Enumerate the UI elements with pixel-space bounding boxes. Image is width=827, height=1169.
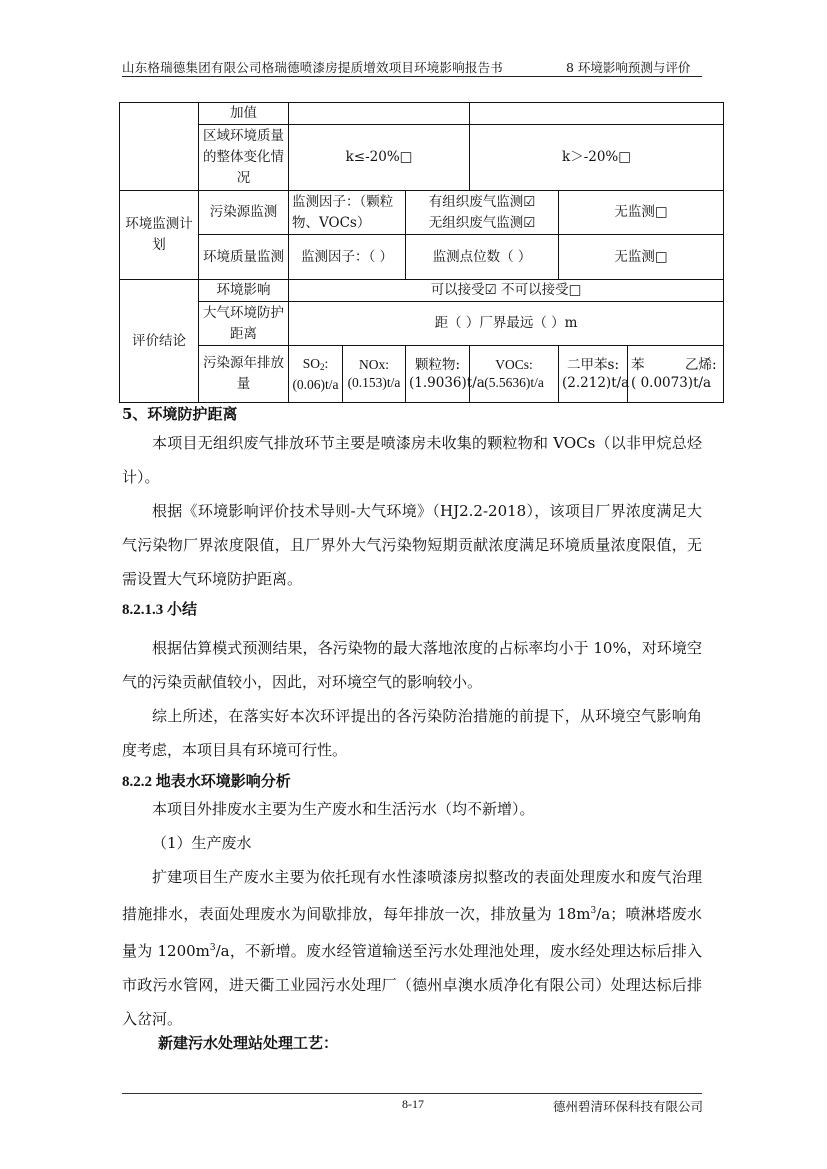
running-header-title: 山东格瑞德集团有限公司格瑞德喷漆房提质增效项目环境影响报告书: [122, 58, 503, 76]
option-k-gt-20: k＞-20%□: [470, 125, 724, 191]
paragraph: 综上所述，在落实好本次环评提出的各污染防治措施的前提下，从环境空气影响角度考虑，…: [122, 699, 702, 767]
paragraph: 扩建项目生产废水主要为依托现有水性漆喷漆房拟整改的表面处理废水和废气治理措施排水…: [122, 860, 702, 1036]
running-header-chapter: 8 环境影响预测与评价: [566, 58, 690, 76]
so2-label: SO: [303, 356, 320, 371]
option-k-le-20: k≤-20%□: [289, 125, 470, 191]
row-label-environmental-impact: 环境影响: [199, 280, 289, 302]
table-row: 污染源年排放量 SO2:(0.06)t/a NOx:(0.153)t/a 颗粒物…: [120, 346, 724, 403]
group-label-conclusion: 评价结论: [120, 280, 199, 403]
table-row: 区域环境质量的整体变化情况 k≤-20%□ k＞-20%□: [120, 125, 724, 191]
section-heading-8-2-2: 8.2.2 地表水环境影响分析: [122, 770, 291, 791]
section-heading-protection-distance: 5、环境防护距离: [122, 403, 237, 424]
empty-cell: [289, 103, 470, 125]
emission-styrene: 苯 乙烯:( 0.0073)t/a: [628, 346, 724, 403]
row-label-regional-quality: 区域环境质量的整体变化情况: [199, 125, 289, 191]
table-row: 环境质量监测 监测因子：（ ） 监测点位数（ ） 无监测□: [120, 235, 724, 280]
footer-divider: [122, 1093, 702, 1094]
header-divider: [122, 76, 702, 77]
organized-gas-monitoring-checked: 有组织废气监测☑: [409, 192, 555, 213]
emission-so2: SO2:(0.06)t/a: [289, 346, 343, 403]
blank-group-cell: [120, 103, 199, 191]
emission-nox: NOx:(0.153)t/a: [343, 346, 406, 403]
footer-company: 德州碧清环保科技有限公司: [553, 1097, 703, 1115]
emission-particulate: 颗粒物:(1.9036)t/a: [406, 346, 470, 403]
page-number: 8-17: [402, 1097, 424, 1112]
assessment-table: 加值 区域环境质量的整体变化情况 k≤-20%□ k＞-20%□ 环境监测计划 …: [119, 102, 724, 403]
paragraph: 根据估算模式预测结果，各污染物的最大落地浓度的占标率均小于 10%，对环境空气的…: [122, 631, 702, 699]
row-label-source-monitoring: 污染源监测: [199, 191, 289, 235]
subheading-new-wastewater-process: 新建污水处理站处理工艺：: [158, 1032, 338, 1053]
unorganized-gas-monitoring-checked: 无组织废气监测☑: [409, 213, 555, 234]
table-row: 加值: [120, 103, 724, 125]
table-row: 环境监测计划 污染源监测 监测因子：（颗粒物、VOCs） 有组织废气监测☑ 无组…: [120, 191, 724, 235]
emission-xylene: 二甲苯s:(2.212)t/a: [559, 346, 628, 403]
quality-no-monitoring-option: 无监测□: [559, 235, 724, 280]
source-monitoring-types: 有组织废气监测☑ 无组织废气监测☑: [406, 191, 559, 235]
source-monitoring-factors: 监测因子：（颗粒物、VOCs）: [289, 191, 406, 235]
quality-monitoring-points: 监测点位数（ ）: [406, 235, 559, 280]
impact-acceptability: 可以接受☑ 不可以接受□: [289, 280, 724, 302]
empty-cell: [470, 103, 724, 125]
paragraph: 本项目无组织废气排放环节主要是喷漆房未收集的颗粒物和 VOCs（以非甲烷总烃计）…: [122, 426, 702, 494]
quality-monitoring-factors: 监测因子：（ ）: [289, 235, 406, 280]
protection-distance-value: 距（ ）厂界最远（ ）m: [289, 302, 724, 346]
source-no-monitoring-option: 无监测□: [559, 191, 724, 235]
table-row: 评价结论 环境影响 可以接受☑ 不可以接受□: [120, 280, 724, 302]
row-label-quality-monitoring: 环境质量监测: [199, 235, 289, 280]
section-heading-8-2-1-3: 8.2.1.3 小结: [122, 598, 197, 619]
paragraph: 根据《环境影响评价技术导则-大气环境》（HJ2.2-2018），该项目厂界浓度满…: [122, 494, 702, 596]
table-row: 大气环境防护距离 距（ ）厂界最远（ ）m: [120, 302, 724, 346]
paragraph: 本项目外排废水主要为生产废水和生活污水（均不新增）。: [122, 792, 702, 826]
row-label-annual-emissions: 污染源年排放量: [199, 346, 289, 403]
paragraph: （1）生产废水: [122, 826, 702, 860]
group-label-monitoring-plan: 环境监测计划: [120, 191, 199, 280]
row-label-jiazhi: 加值: [199, 103, 289, 125]
emission-vocs: VOCs:(5.5636)t/a: [470, 346, 559, 403]
row-label-protection-distance: 大气环境防护距离: [199, 302, 289, 346]
